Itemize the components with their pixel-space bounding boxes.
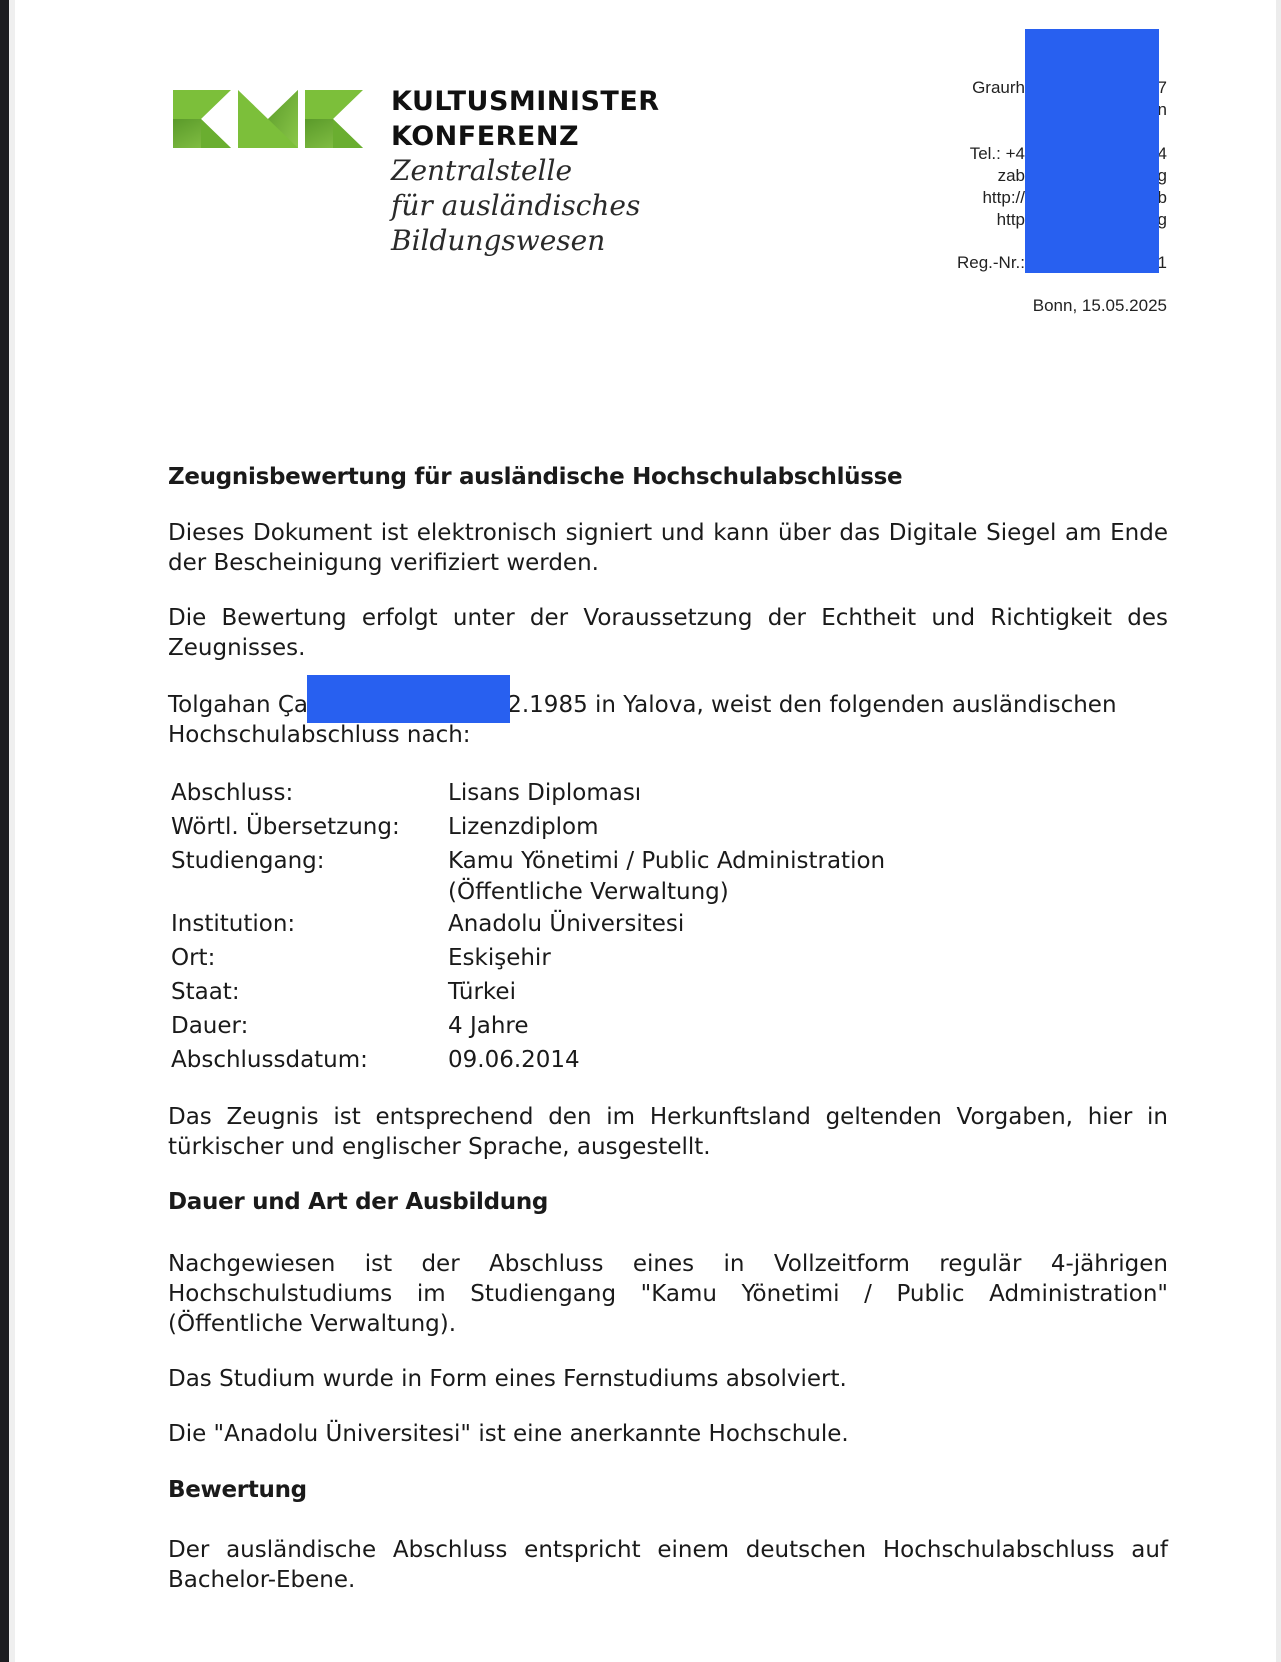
redaction-name: [307, 675, 510, 723]
address-tel: Tel.: +4: [970, 144, 1025, 164]
paragraph-evaluation: Der ausländische Abschluss entspricht ei…: [168, 1535, 1168, 1595]
detail-row-uebersetzung: Wörtl. Übersetzung:Lizenzdiplom: [171, 810, 885, 844]
detail-row-studiengang: Studiengang:Kamu Yönetimi / Public Admin…: [171, 844, 885, 907]
viewer-left-edge: [0, 0, 9, 1662]
address-street: Graurh: [972, 78, 1025, 98]
viewer-right-border: [1276, 0, 1281, 1662]
address-email: zab: [998, 166, 1025, 186]
viewer-left-border: [9, 0, 15, 1662]
paragraph-distance-learning: Das Studium wurde in Form eines Fernstud…: [168, 1364, 1168, 1394]
address-web1: http://: [982, 188, 1025, 208]
person-name-start: Tolgahan Ça: [168, 692, 308, 718]
section-title-duration: Dauer und Art der Ausbildung: [168, 1187, 1168, 1217]
detail-row-abschluss: Abschluss:Lisans Diploması: [171, 776, 885, 810]
org-name: KULTUSMINISTER KONFERENZ: [391, 84, 660, 154]
paragraph-issued: Das Zeugnis ist entsprechend den im Herk…: [168, 1102, 1168, 1162]
kmk-logo-icon: [173, 90, 363, 148]
detail-row-ort: Ort:Eskişehir: [171, 941, 885, 975]
place-date: Bonn, 15.05.2025: [1033, 296, 1167, 316]
address-web2: http: [997, 210, 1025, 230]
address-reg-nr: Reg.-Nr.:: [957, 253, 1025, 273]
org-subtitle: Zentralstelle für ausländisches Bildungs…: [391, 153, 640, 258]
detail-row-dauer: Dauer:4 Jahre: [171, 1009, 885, 1043]
degree-details: Abschluss:Lisans Diploması Wörtl. Überse…: [171, 776, 885, 1077]
paragraph-study-type: Nachgewiesen ist der Abschluss eines in …: [168, 1249, 1168, 1339]
paragraph-signature: Dieses Dokument ist elektronisch signier…: [168, 518, 1168, 578]
paragraph-authenticity: Die Bewertung erfolgt unter der Vorausse…: [168, 603, 1168, 663]
document-title: Zeugnisbewertung für ausländische Hochsc…: [168, 462, 1168, 492]
paragraph-recognized: Die "Anadolu Üniversitesi" ist eine aner…: [168, 1419, 1168, 1449]
redaction-address: [1025, 29, 1159, 273]
detail-row-institution: Institution:Anadolu Üniversitesi: [171, 907, 885, 941]
detail-row-staat: Staat:Türkei: [171, 975, 885, 1009]
detail-row-abschlussdatum: Abschlussdatum:09.06.2014: [171, 1043, 885, 1077]
section-title-evaluation: Bewertung: [168, 1475, 1168, 1505]
